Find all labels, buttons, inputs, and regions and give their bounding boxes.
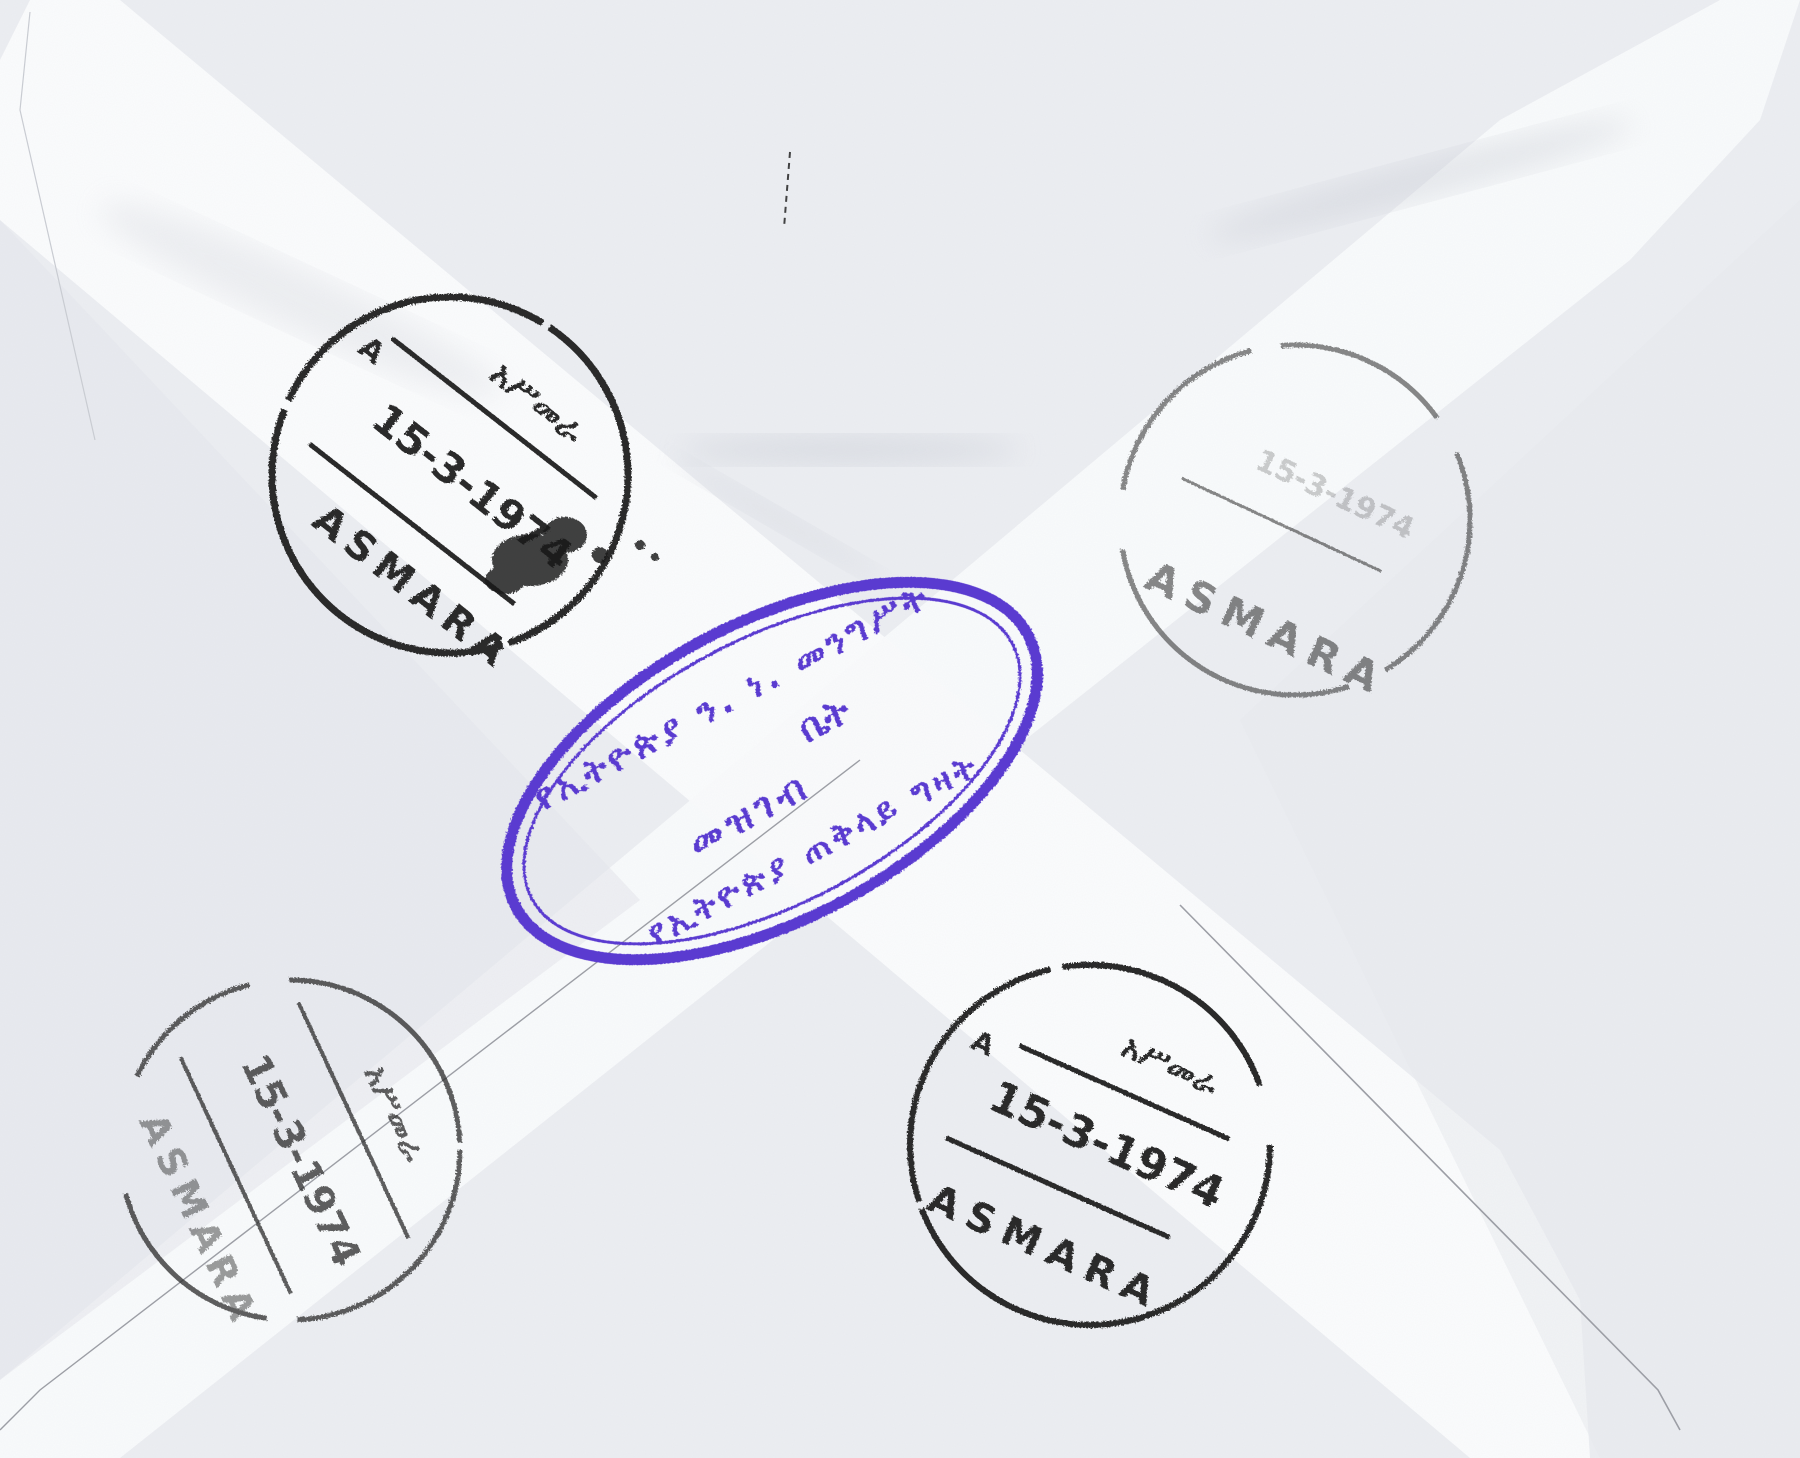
postmark-bottom-left: 15-3-1974 አሥመራ ASMARA <box>114 977 468 1334</box>
cachet-line-top: የኢትዮጵያ ን. ነ. መንግሥት <box>528 575 938 819</box>
cachet-line-middle-1: ቤት <box>791 688 858 751</box>
postmark-city-latin: ASMARA <box>1138 551 1396 706</box>
postmark-letter: A <box>966 1024 1000 1063</box>
postmark-letter: A <box>351 330 391 372</box>
postmark-date: 15-3-1974 <box>231 1048 369 1274</box>
postmark-city-latin: ASMARA <box>131 1106 268 1334</box>
postmark-city-amharic: አሥመራ <box>1116 1027 1225 1103</box>
registry-cachet: የኢትዮጵያ ን. ነ. መንግሥት ቤት መዝገብ የኢትዮጵያ ጠቅላይ ግ… <box>446 504 1097 1038</box>
postmark-top-left: 15-3-1974 አሥመራ ASMARA A <box>249 279 659 680</box>
postmark-bottom-right: 15-3-1974 አሥመራ ASMARA A <box>898 965 1270 1326</box>
postmark-top-right: ASMARA 15-3-1974 <box>1120 345 1470 707</box>
postmark-city-latin: ASMARA <box>921 1175 1170 1320</box>
postal-markings: 15-3-1974 አሥመራ ASMARA A ASMARA 15-3-197 <box>0 0 1800 1458</box>
postmark-date: 15-3-1974 <box>1250 443 1420 547</box>
postmark-city-amharic: አሥመራ <box>482 353 592 451</box>
envelope-back: 15-3-1974 አሥመራ ASMARA A ASMARA 15-3-197 <box>0 0 1800 1458</box>
